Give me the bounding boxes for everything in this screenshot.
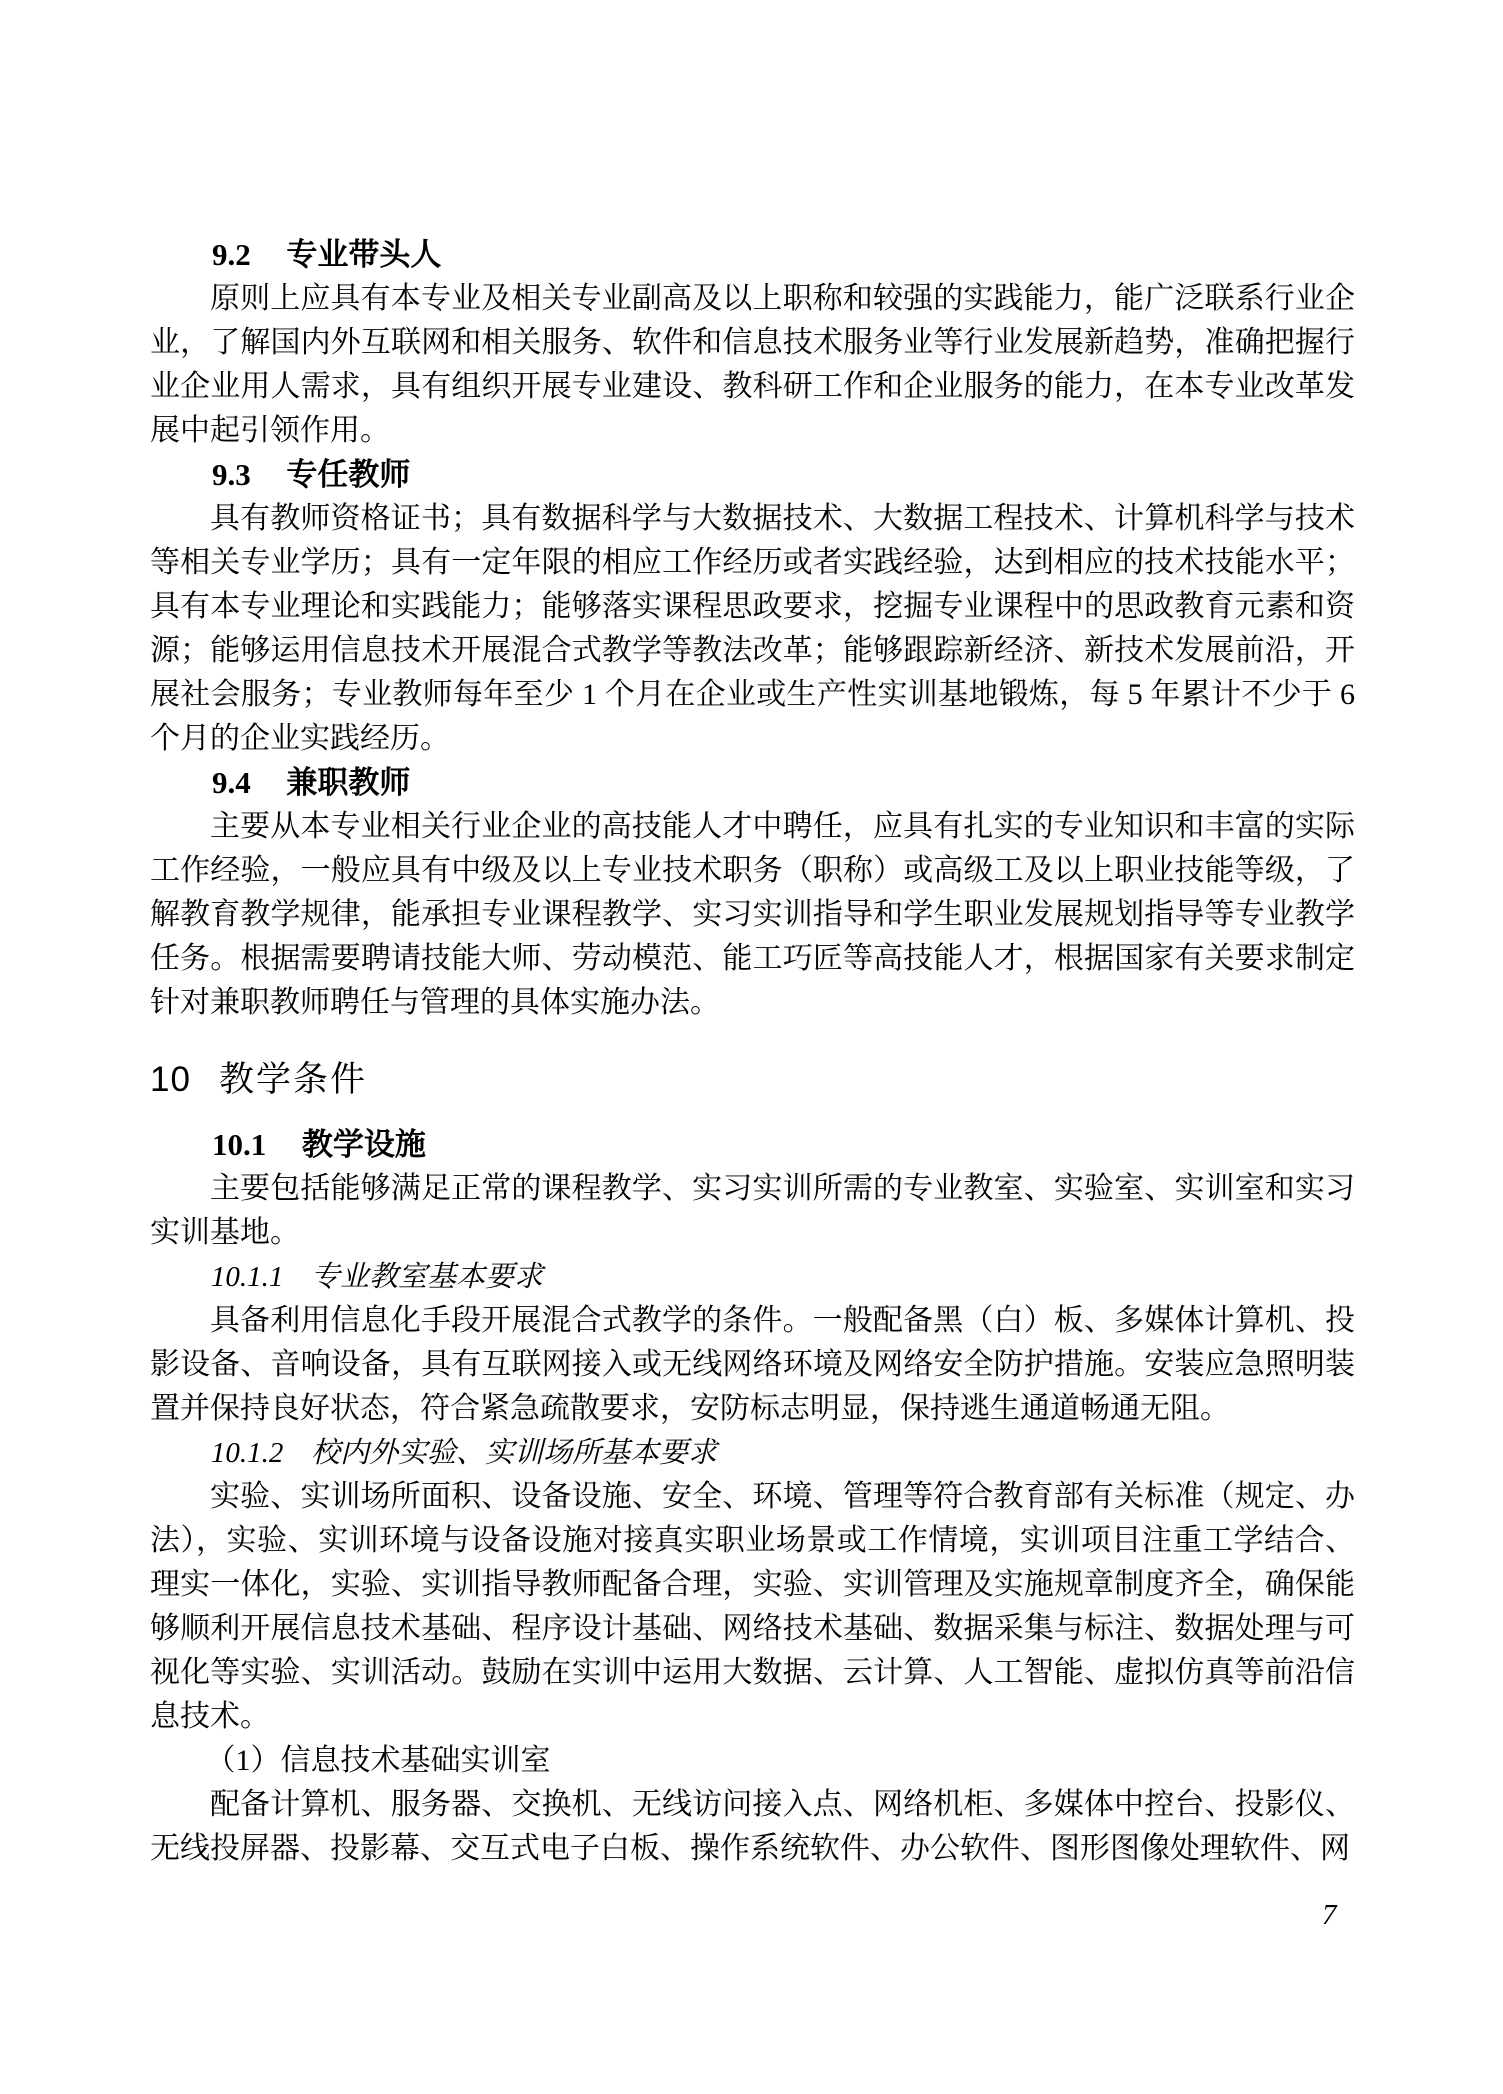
list-item-it-basic-training-room: （1）信息技术基础实训室 (150, 1739, 1355, 1783)
paragraph-classroom-requirements: 具备利用信息化手段开展混合式教学的条件。一般配备黑（白）板、多媒体计算机、投影设… (150, 1299, 1355, 1431)
heading-number: 10.1.1 (211, 1261, 284, 1293)
document-page: 9.2专业带头人 原则上应具有本专业及相关专业副高及以上职称和较强的实践能力，能… (0, 0, 1503, 2094)
heading-9-4-parttime-teachers: 9.4兼职教师 (150, 761, 1355, 805)
heading-title: 兼职教师 (286, 765, 410, 800)
paragraph-training-site-requirements: 实验、实训场所面积、设备设施、安全、环境、管理等符合教育部有关标准（规定、办法）… (150, 1475, 1355, 1739)
page-number: 7 (1322, 1893, 1337, 1937)
page-content: 9.2专业带头人 原则上应具有本专业及相关专业副高及以上职称和较强的实践能力，能… (150, 233, 1355, 1871)
paragraph-fulltime-teachers: 具有教师资格证书；具有数据科学与大数据技术、大数据工程技术、计算机科学与技术等相… (150, 497, 1355, 761)
heading-number: 10.1 (212, 1127, 266, 1162)
paragraph-parttime-teachers: 主要从本专业相关行业企业的高技能人才中聘任，应具有扎实的专业知识和丰富的实际工作… (150, 805, 1355, 1025)
paragraph-it-basic-training-room-equipment: 配备计算机、服务器、交换机、无线访问接入点、网络机柜、多媒体中控台、投影仪、无线… (150, 1783, 1355, 1871)
heading-9-2-professional-leader: 9.2专业带头人 (150, 233, 1355, 277)
heading-title: 教学设施 (302, 1127, 426, 1162)
heading-number: 10.1.2 (211, 1437, 284, 1469)
heading-10-1-2-training-site-requirements: 10.1.2校内外实验、实训场所基本要求 (150, 1431, 1355, 1475)
paragraph-teaching-facilities: 主要包括能够满足正常的课程教学、实习实训所需的专业教室、实验室、实训室和实习实训… (150, 1167, 1355, 1255)
paragraph-professional-leader: 原则上应具有本专业及相关专业副高及以上职称和较强的实践能力，能广泛联系行业企业，… (150, 277, 1355, 453)
heading-10-teaching-conditions: 10教学条件 (150, 1056, 1355, 1104)
heading-10-1-teaching-facilities: 10.1教学设施 (150, 1123, 1355, 1167)
heading-title: 校内外实验、实训场所基本要求 (311, 1437, 717, 1469)
heading-title: 专业教室基本要求 (311, 1261, 543, 1293)
heading-number: 9.2 (212, 237, 251, 272)
heading-10-1-1-classroom-requirements: 10.1.1专业教室基本要求 (150, 1255, 1355, 1299)
heading-number: 9.4 (212, 765, 251, 800)
heading-title: 专任教师 (286, 457, 410, 492)
heading-number: 9.3 (212, 457, 251, 492)
heading-9-3-fulltime-teachers: 9.3专任教师 (150, 453, 1355, 497)
heading-title: 专业带头人 (286, 237, 441, 272)
heading-number: 10 (150, 1060, 191, 1099)
heading-title: 教学条件 (219, 1060, 367, 1099)
